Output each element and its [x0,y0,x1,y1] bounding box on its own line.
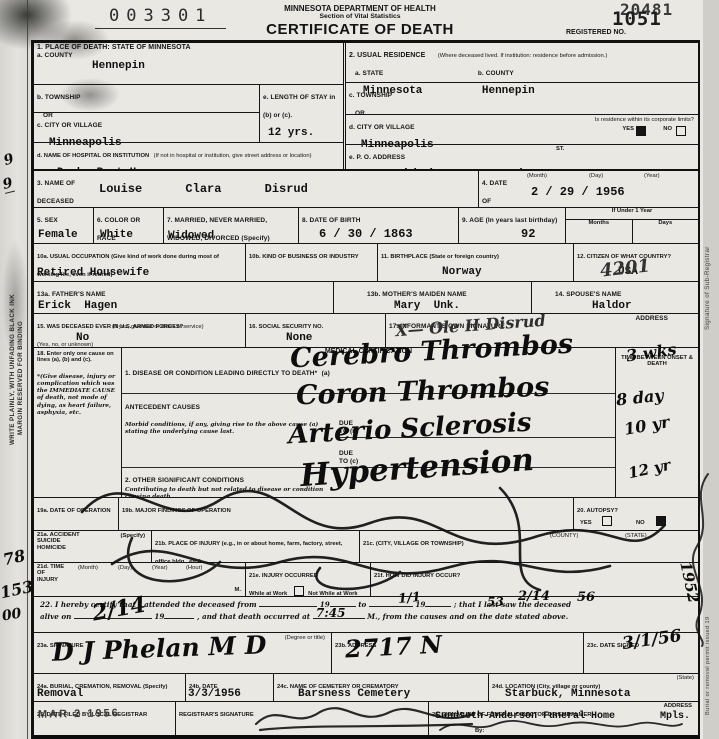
date-filed-label: 25. DATE FILED BY LOCAL REGISTRAR [37,712,147,718]
date-signed-label: 23c. DATE SIGNED [587,643,639,649]
cause-line-b: DUE TO (b) [337,394,615,438]
certify-t2: 19 [320,600,330,609]
dod-year-label: (Year) [644,173,660,179]
left-margin-instruction: WRITE PLAINLY, WITH UNFADING BLACK INK [9,255,16,445]
row-demographics: 5. SEX Female 6. COLOR OR RACE White 7. … [34,208,698,244]
field-date-signed: 23c. DATE SIGNED [584,633,698,673]
field-birthplace: 11. BIRTHPLACE (State or foreign country… [378,244,574,281]
injury-year: (Year) [152,565,168,571]
county-value: Hennepin [92,60,340,72]
section-place-of-death: 1. PLACE OF DEATH: STATE OF MINNESOTA a.… [34,43,346,169]
certify-t5: ; that I last saw the deceased [454,600,571,609]
field-injury-occurred: 21e. INJURY OCCURRED While at Work Not W… [246,563,371,596]
operation-date-label: 19a. DATE OF OPERATION [37,508,111,514]
name-value: Louise Clara Disrud [99,182,308,206]
injury-occurred-label: 21e. INJURY OCCURRED [249,573,318,579]
injury-city-label: 21c. (CITY, VILLAGE OR TOWNSHIP) [363,541,464,547]
spouse-label: 14. SPOUSE'S NAME [555,291,621,298]
burial-value: Removal [37,688,83,700]
certify-gap-from [259,599,317,607]
file-number-stamp: 003301 [95,6,226,29]
antecedent-label: ANTECEDENT CAUSES [125,404,200,411]
field-cemetery-location: 24d. LOCATION (City, village or county) … [489,674,698,701]
state-label: a. STATE [355,70,383,77]
while-at-work-checkbox [294,586,304,596]
usual-residence-title: 2. USUAL RESIDENCE [349,52,425,59]
antecedent-block: ANTECEDENT CAUSES Morbid conditions, if … [122,394,615,468]
usual-residence-note: (Where deceased lived. If institution: r… [438,53,607,59]
time-between-label: TIME BETWEEN ONSET & DEATH [619,355,695,368]
mother-value: Mary Unk. [394,300,460,312]
row-certify: 22. I hereby certify that I attended the… [34,597,698,633]
field-autopsy: 20. AUTOPSY? YES NO [574,498,698,530]
informant-address-label: ADDRESS [636,315,668,322]
township-city-col: b. TOWNSHIP OR c. CITY OR VILLAGE Minnea… [34,85,260,142]
ssn-value: None [286,332,312,344]
township-label: b. TOWNSHIP [37,94,81,101]
field-industry: 10b. KIND OF BUSINESS OR INDUSTRY [246,244,378,281]
row-place-residence: 1. PLACE OF DEATH: STATE OF MINNESOTA a.… [34,43,698,171]
signature-label: 23a. SIGNATURE [37,643,84,649]
certificate-title: CERTIFICATE OF DEATH [250,21,470,38]
cause-line-a: 1. DISEASE OR CONDITION LEADING DIRECTLY… [122,360,615,394]
medical-certification-title: MEDICAL CERTIFICATION [122,348,615,360]
degree-note: (Degree or title) [285,635,325,641]
field-marital: 7. MARRIED, NEVER MARRIED, WIDOWED, DIVO… [164,208,299,243]
field-hospital: d. NAME OF HOSPITAL OR INSTITUTION (If n… [34,143,343,169]
cemetery-state-label: (State) [677,675,694,681]
field-occupation: 10a. USUAL OCCUPATION (Give kind of work… [34,244,246,281]
birthplace-label: 11. BIRTHPLACE (State or foreign country… [381,254,499,260]
certify-gap-aliveyr [164,611,194,619]
permit-issued-label: Burial or removal permit issued 19 [705,545,711,715]
name-label2: DECEASED [37,198,74,205]
certify-gap-fromyr [330,599,356,607]
permit-issued-text: Burial or removal permit issued 19 [705,617,711,715]
row-service-informant: 15. WAS DECEASED EVER IN U.S. ARMED FORC… [34,314,698,348]
field-citizen: 12. CITIZEN OF WHAT COUNTRY? USA [574,244,698,281]
age-value: 92 [521,227,535,241]
section-name: Section of Vital Statistics [250,13,470,20]
field-informant: 17. INFORMANT'S OWN SIGNATURE ADDRESS [386,314,698,347]
sub-registrar-text: Signature of Sub-Registrar [704,246,711,330]
under1-label: If Under 1 Year [566,208,698,220]
name-label: 3. NAME OF [37,180,75,187]
header-title-block: MINNESOTA DEPARTMENT OF HEALTH Section o… [250,4,470,38]
place-of-injury-label: 21b. PLACE OF INJURY (e.g., in or about … [155,541,342,562]
field-armed-forces: 15. WAS DECEASED EVER IN U.S. ARMED FORC… [34,314,246,347]
funeral-address-label: ADDRESS [664,703,692,709]
field-place-of-injury: 21b. PLACE OF INJURY (e.g., in or about … [152,531,360,562]
yes-label: YES [622,126,634,132]
field-registrar-signature: REGISTRAR'S SIGNATURE [176,702,429,735]
left-margin-line2: MARGIN RESERVED FOR BINDING [17,321,24,435]
field-sex: 5. SEX Female [34,208,94,243]
field-burial-date: 24b. DATE 3/3/1956 [186,674,274,701]
field-length-of-stay: e. LENGTH OF STAY in (b) or (c). 12 yrs. [260,85,343,142]
antecedent-note: Morbid conditions, if any, giving rise t… [125,422,334,436]
registered-stamp-b: 1051 [612,8,662,30]
res-township-label: c. TOWNSHIP [349,92,392,99]
field-date-of-death: 4. DATE OF DEATH (Month) (Day) (Year) 2 … [479,171,698,207]
registered-no-stamp: 20481 1051 [612,0,712,36]
certify-gap-hour [313,611,365,619]
section-usual-residence: 2. USUAL RESIDENCE (Where deceased lived… [346,43,698,169]
field-mother: 13b. MOTHER'S MAIDEN NAME Mary Unk. [334,282,532,313]
other-conditions-label: 2. OTHER SIGNIFICANT CONDITIONS [125,477,244,484]
burial-date-value: 3/3/1956 [188,688,241,700]
not-while-label: Not While at Work [308,591,358,596]
place-of-death-title: 1. PLACE OF DEATH: STATE OF MINNESOTA [37,44,340,52]
tag-a: (a) [322,370,330,377]
injury-m: M. [235,587,241,593]
certify-t6: alive on [40,612,71,621]
yes-checkbox [636,126,646,136]
autopsy-label: 20. AUTOPSY? [577,508,618,514]
certificate-form: 1. PLACE OF DEATH: STATE OF MINNESOTA a.… [31,40,700,739]
sex-label: 5. SEX [37,217,58,224]
cause-instructions: 18. Enter only one cause on lines (a), (… [34,348,122,497]
field-date-filed: 25. DATE FILED BY LOCAL REGISTRAR [34,702,176,735]
field-burial-type: 24a. BURIAL, CREMATION, REMOVAL (Specify… [34,674,186,701]
operation-findings-label: 19b. MAJOR FINDINGS OF OPERATION [122,508,231,514]
res-city-label: d. CITY OR VILLAGE [349,124,415,131]
mother-label: 13b. MOTHER'S MAIDEN NAME [367,291,467,298]
armed-forces-note2: (If yes, give war or dates of service) [112,324,204,330]
time-between-col: TIME BETWEEN ONSET & DEATH [616,348,698,497]
stay-value: 12 yrs. [268,127,314,139]
field-ssn: 16. SOCIAL SECURITY NO. None [246,314,386,347]
cause-instruction-2: *(Give disease, injury or complication w… [37,374,118,417]
dod-month-label: (Month) [527,173,547,179]
marital-value: Widowed [168,230,214,242]
res-county-value: Hennepin [482,85,535,97]
certify-gap-alive [74,611,152,619]
dod-day-label: (Day) [589,173,603,179]
father-label: 13a. FATHER'S NAME [37,291,106,298]
accident-note: (Specify) [121,533,145,539]
cemetery-location-value: Starbuck, Minnesota [505,688,630,700]
row-parents: 13a. FATHER'S NAME Erick Hagen 13b. MOTH… [34,282,698,314]
certify-gap-to [369,599,413,607]
section-medical-certification: 18. Enter only one cause on lines (a), (… [34,348,698,498]
industry-label: 10b. KIND OF BUSINESS OR INDUSTRY [249,254,359,260]
stay-label: e. LENGTH OF STAY in (b) or (c). [263,94,335,119]
sub-registrar-signature-label: Signature of Sub-Registrar [704,150,711,330]
field-cemetery: 24c. NAME OF CEMETERY OR CREMATORY Barsn… [274,674,489,701]
autopsy-yes-label: YES [580,520,592,526]
no-checkbox [676,126,686,136]
residence-city: d. CITY OR VILLAGE Is residence within i… [346,115,698,145]
field-under-one-year: If Under 1 Year Months Days [566,208,698,243]
residence-state-county: 2. USUAL RESIDENCE (Where deceased lived… [346,43,698,83]
field-dob: 8. DATE OF BIRTH 6 / 30 / 1863 [299,208,459,243]
field-age: 9. AGE (In years last birthday) 92 [459,208,566,243]
certify-t7: 19 [154,612,164,621]
po-address-value: 2709 Third Avenue South [361,167,527,169]
hospital-value: Drake Rest Home [57,167,156,169]
under1-months: Months [566,220,633,243]
other-conditions-block: 2. OTHER SIGNIFICANT CONDITIONS Contribu… [122,468,615,497]
row-operation: 19a. DATE OF OPERATION 19b. MAJOR FINDIN… [34,498,698,531]
field-father: 13a. FATHER'S NAME Erick Hagen [34,282,334,313]
field-date-of-operation: 19a. DATE OF OPERATION [34,498,119,530]
how-injury-label: 21f. HOW DID INJURY OCCUR? [374,573,460,579]
corporate-limits-question: Is residence within its corporate limits… [595,117,694,123]
injury-hour: (Hour) [186,565,202,571]
field-township: b. TOWNSHIP OR [34,85,259,113]
tag-b: DUE TO (b) [339,420,361,435]
injury-county-label: (COUNTY) [550,533,578,539]
field-how-injury: 21f. HOW DID INJURY OCCUR? [371,563,698,596]
dod-value: 2 / 29 / 1956 [531,185,625,199]
hospital-note: (If not in hospital or institution, give… [154,153,312,159]
row-injury-time: 21d. TIME OF INJURY (Month) (Day) (Year)… [34,563,698,597]
county-label: a. COUNTY [37,52,340,59]
binding-line [27,0,28,739]
row-name-dod: 3. NAME OF DECEASED (Type or Print) Loui… [34,171,698,208]
ssn-label: 16. SOCIAL SECURITY NO. [249,324,323,330]
residence-address: e. P. O. ADDRESS ST. 2709 Third Avenue S… [346,145,698,169]
while-at-work-label: While at Work [249,591,287,596]
certify-sentence: 22. I hereby certify that I attended the… [40,599,692,623]
dod-label2: OF [482,198,491,205]
birthplace-value: Norway [442,266,482,278]
field-injury-location: 21c. (CITY, VILLAGE OR TOWNSHIP) (COUNTY… [360,531,698,562]
funeral-by-label: By: [475,728,484,734]
row-injury-place: 21a. ACCIDENT SUICIDE HOMICIDE (Specify)… [34,531,698,563]
injury-month: (Month) [78,565,98,571]
field-accident: 21a. ACCIDENT SUICIDE HOMICIDE (Specify) [34,531,152,562]
dept-name: MINNESOTA DEPARTMENT OF HEALTH [250,4,470,13]
injury-time-label: 21d. TIME OF INJURY [37,564,67,583]
injury-day: (Day) [118,565,132,571]
field-time-of-injury: 21d. TIME OF INJURY (Month) (Day) (Year)… [34,563,246,596]
cemetery-value: Barsness Cemetery [298,688,410,700]
field-physician-address: 23b. ADDRESS [332,633,584,673]
medical-main: MEDICAL CERTIFICATION 1. DISEASE OR COND… [122,348,616,497]
field-funeral-director: 26. SIGNATURE OF FUNERAL DIRECTOR OR EMB… [429,702,698,735]
autopsy-no-label: NO [636,520,645,526]
township-stay-block: b. TOWNSHIP OR c. CITY OR VILLAGE Minnea… [34,85,343,143]
st-label: ST. [556,146,564,152]
certify-t9: M., from the causes and on the date stat… [367,612,568,621]
cause-instruction-1: 18. Enter only one cause on lines (a), (… [37,351,118,364]
armed-forces-value: No [76,332,89,344]
row-occupation: 10a. USUAL OCCUPATION (Give kind of work… [34,244,698,282]
certify-t4: 19 [415,600,425,609]
certify-t8: , and that death occurred at [197,612,310,621]
field-spouse: 14. SPOUSE'S NAME Haldor [532,282,698,313]
dob-value: 6 / 30 / 1863 [319,227,413,241]
autopsy-yes-checkbox [602,516,612,526]
citizen-value: USA [618,266,638,278]
field-name-of-deceased: 3. NAME OF DECEASED (Type or Print) Loui… [34,171,479,207]
sex-value: Female [38,229,78,241]
row-filed: 25. DATE FILED BY LOCAL REGISTRAR REGIST… [34,702,698,735]
autopsy-no-checkbox [656,516,666,526]
cause-line-c: DUE TO (c) [337,438,615,468]
funeral-home-value: Sundseth-Anderson Funeral Home [435,711,615,722]
field-color-race: 6. COLOR OR RACE White [94,208,164,243]
registrar-signature-label: REGISTRAR'S SIGNATURE [179,712,254,718]
other-conditions-note: Contributing to death but not related to… [125,487,340,497]
spouse-value: Haldor [592,300,632,312]
field-county: 1. PLACE OF DEATH: STATE OF MINNESOTA a.… [34,43,343,85]
field-operation-findings: 19b. MAJOR FINDINGS OF OPERATION [119,498,574,530]
certify-t3: to [358,600,366,609]
no-label: NO [663,126,672,132]
field-physician-signature: 23a. SIGNATURE (Degree or title) [34,633,332,673]
left-margin-line1: WRITE PLAINLY, WITH UNFADING BLACK INK [9,294,16,445]
tag-c: DUE TO (c) [339,450,361,465]
race-value: White [100,229,133,241]
accident-label: 21a. ACCIDENT SUICIDE HOMICIDE [37,532,83,551]
disease-label: 1. DISEASE OR CONDITION LEADING DIRECTLY… [125,370,317,377]
dod-label: 4. DATE [482,180,507,187]
age-label: 9. AGE (In years last birthday) [462,217,557,224]
physician-address-label: 23b. ADDRESS [335,643,376,649]
dob-label: 8. DATE OF BIRTH [302,217,361,224]
po-address-label: e. P. O. ADDRESS [349,154,405,161]
city-label: c. CITY OR VILLAGE [37,122,102,129]
row-physician: 23a. SIGNATURE (Degree or title) 23b. AD… [34,633,698,674]
father-value: Erick Hagen [38,300,117,312]
certify-gap-toyr [425,599,451,607]
under1-days: Days [633,220,699,243]
row-burial: 24a. BURIAL, CREMATION, REMOVAL (Specify… [34,674,698,702]
occupation-value: Retired Housewife [37,267,149,279]
informant-label: 17. INFORMANT'S OWN SIGNATURE [389,323,505,330]
citizen-label: 12. CITIZEN OF WHAT COUNTRY? [577,254,671,260]
res-county-label: b. COUNTY [478,70,514,77]
injury-state-label: (STATE) [625,533,647,539]
funeral-address-value: Mpls. [660,711,690,722]
death-certificate-scan: WRITE PLAINLY, WITH UNFADING BLACK INK M… [0,0,719,739]
certify-t1: 22. I hereby certify that I attended the… [40,600,257,609]
hospital-label: d. NAME OF HOSPITAL OR INSTITUTION [37,153,149,159]
left-margin-instruction2: MARGIN RESERVED FOR BINDING [17,275,24,435]
